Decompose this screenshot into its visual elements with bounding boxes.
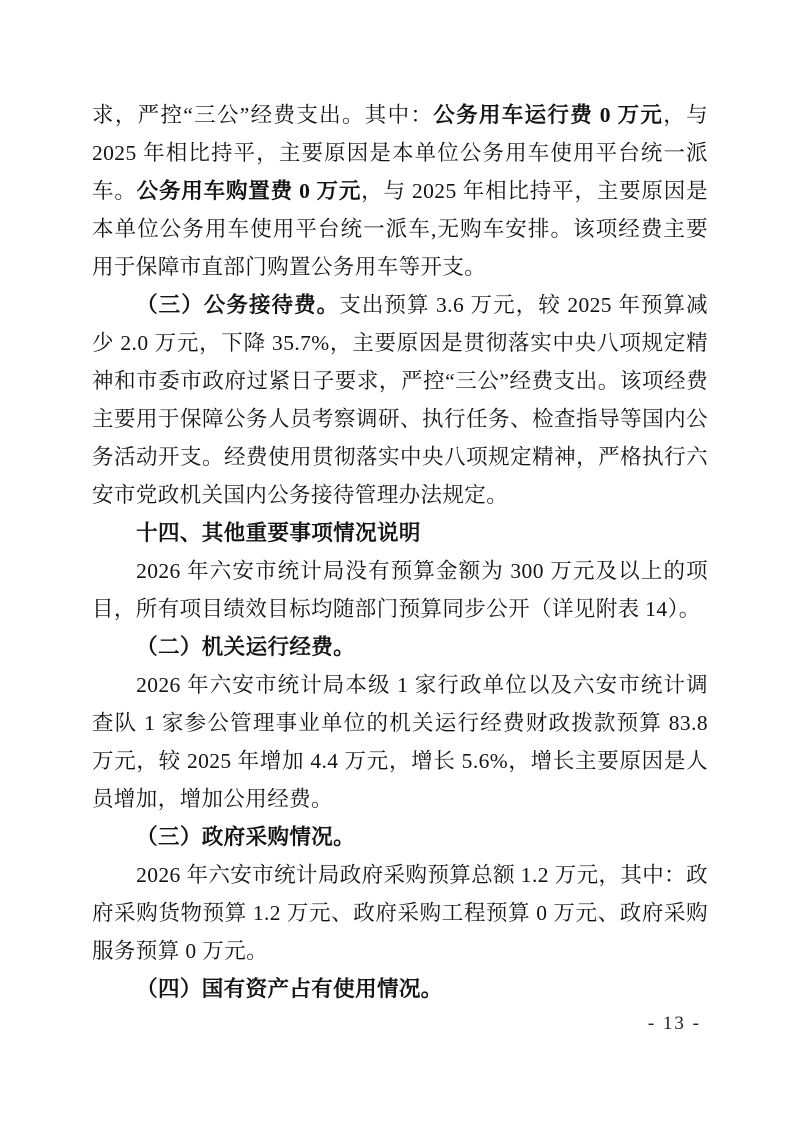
inline-heading-reception-fee: （三）公务接待费。 (136, 293, 339, 317)
body-text-run: 2026 年六安市统计局本级 1 家行政单位以及六安市统计调查队 1 家参公管理… (92, 673, 708, 811)
bold-text-run-vehicle-purchase-fee: 公务用车购置费 0 万元 (137, 179, 362, 203)
section-heading-agency-operating-funds: （二）机关运行经费。 (92, 628, 708, 666)
document-page: 求，严控“三公”经费支出。其中：公务用车运行费 0 万元，与 2025 年相比持… (0, 0, 793, 1122)
paragraph-vehicle-fees: 求，严控“三公”经费支出。其中：公务用车运行费 0 万元，与 2025 年相比持… (92, 96, 708, 286)
section-heading-state-owned-assets: （四）国有资产占有使用情况。 (92, 970, 708, 1008)
paragraph-operating-funds: 2026 年六安市统计局本级 1 家行政单位以及六安市统计调查队 1 家参公管理… (92, 666, 708, 818)
section-heading-other-important-matters: 十四、其他重要事项情况说明 (92, 514, 708, 552)
bold-text-run-vehicle-operating-fee: 公务用车运行费 0 万元 (433, 103, 663, 127)
body-text-run: 支出预算 3.6 万元，较 2025 年预算减少 2.0 万元，下降 35.7%… (92, 293, 708, 507)
section-heading-government-procurement: （三）政府采购情况。 (92, 818, 708, 856)
document-body: 求，严控“三公”经费支出。其中：公务用车运行费 0 万元，与 2025 年相比持… (92, 96, 708, 1008)
page-number: - 13 - (648, 1013, 701, 1034)
page-footer: - 13 - (648, 1013, 701, 1035)
body-text-run: 2026 年六安市统计局没有预算金额为 300 万元及以上的项目，所有项目绩效目… (92, 559, 708, 621)
paragraph-procurement: 2026 年六安市统计局政府采购预算总额 1.2 万元，其中：政府采购货物预算 … (92, 856, 708, 970)
body-text-run: 求，严控“三公”经费支出。其中： (92, 103, 433, 127)
body-text-run: 2026 年六安市统计局政府采购预算总额 1.2 万元，其中：政府采购货物预算 … (92, 863, 708, 963)
paragraph-official-reception: （三）公务接待费。支出预算 3.6 万元，较 2025 年预算减少 2.0 万元… (92, 286, 708, 514)
paragraph-project-budget: 2026 年六安市统计局没有预算金额为 300 万元及以上的项目，所有项目绩效目… (92, 552, 708, 628)
